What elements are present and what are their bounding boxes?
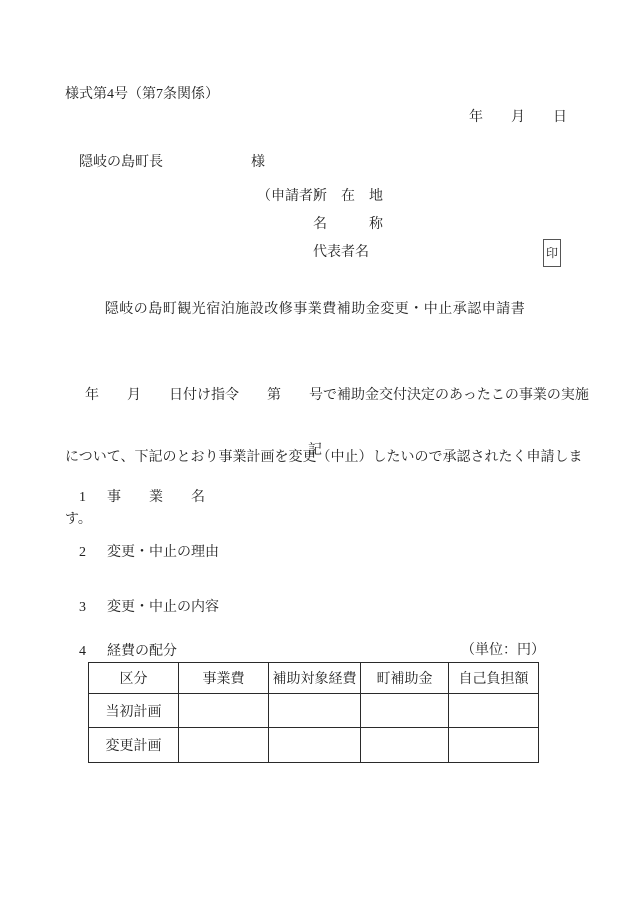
seal-box: 印 <box>543 239 561 267</box>
seal-mark: 印 <box>546 246 558 260</box>
table-header-row: 区分 事業費 補助対象経費 町補助金 自己負担額 <box>89 663 539 694</box>
item-number: 3 <box>79 598 107 618</box>
item-change-reason: 2変更・中止の理由 <box>65 523 219 583</box>
column-header-subsidy-eligible-expense: 補助対象経費 <box>269 663 361 694</box>
table-cell <box>269 694 361 728</box>
column-header-project-cost: 事業費 <box>179 663 269 694</box>
item-label: 事 業 名 <box>107 490 205 505</box>
applicant-representative-label: 代表者名 <box>313 243 369 263</box>
applicant-name-label: 名 称 <box>313 215 383 235</box>
table-row-revised-plan: 変更計画 <box>89 728 539 763</box>
date-line: 年 月 日 <box>469 108 567 128</box>
table-cell <box>361 694 449 728</box>
form-number: 様式第4号（第7条関係） <box>65 85 219 105</box>
addressee: 隠岐の島町長 <box>79 155 163 170</box>
addressee-honorific: 様 <box>251 155 265 170</box>
item-number: 2 <box>79 543 107 563</box>
item-label: 変更・中止の内容 <box>107 600 219 615</box>
table-row-initial-plan: 当初計画 <box>89 694 539 728</box>
table-cell <box>361 728 449 763</box>
item-label: 経費の配分 <box>107 644 177 659</box>
applicant-address-label: 所 在 地 <box>313 187 383 207</box>
column-header-town-subsidy: 町補助金 <box>361 663 449 694</box>
column-header-category: 区分 <box>89 663 179 694</box>
item-number: 1 <box>79 488 107 508</box>
table-cell <box>449 728 539 763</box>
unit-note: （単位：円） <box>461 641 545 661</box>
addressee-row: 隠岐の島町長様 <box>65 133 265 193</box>
table-cell <box>449 694 539 728</box>
column-header-self-funded-amount: 自己負担額 <box>449 663 539 694</box>
record-marker: 記 <box>0 441 630 461</box>
document-page: 様式第4号（第7条関係） 年 月 日 隠岐の島町長様 （申請者） 所 在 地 名… <box>0 0 630 903</box>
item-number: 4 <box>79 642 107 662</box>
table-cell <box>179 728 269 763</box>
table-cell <box>179 694 269 728</box>
table-cell <box>269 728 361 763</box>
row-label: 当初計画 <box>89 694 179 728</box>
item-project-name: 1事 業 名 <box>65 468 205 528</box>
row-label: 変更計画 <box>89 728 179 763</box>
document-title: 隠岐の島町観光宿泊施設改修事業費補助金変更・中止承認申請書 <box>0 300 630 320</box>
item-label: 変更・中止の理由 <box>107 545 219 560</box>
expense-allocation-table: 区分 事業費 補助対象経費 町補助金 自己負担額 当初計画 変更計画 <box>88 662 539 763</box>
body-line: 年 月 日付け指令 第 号で補助金交付決定のあったこの事業の実施 <box>65 385 571 407</box>
